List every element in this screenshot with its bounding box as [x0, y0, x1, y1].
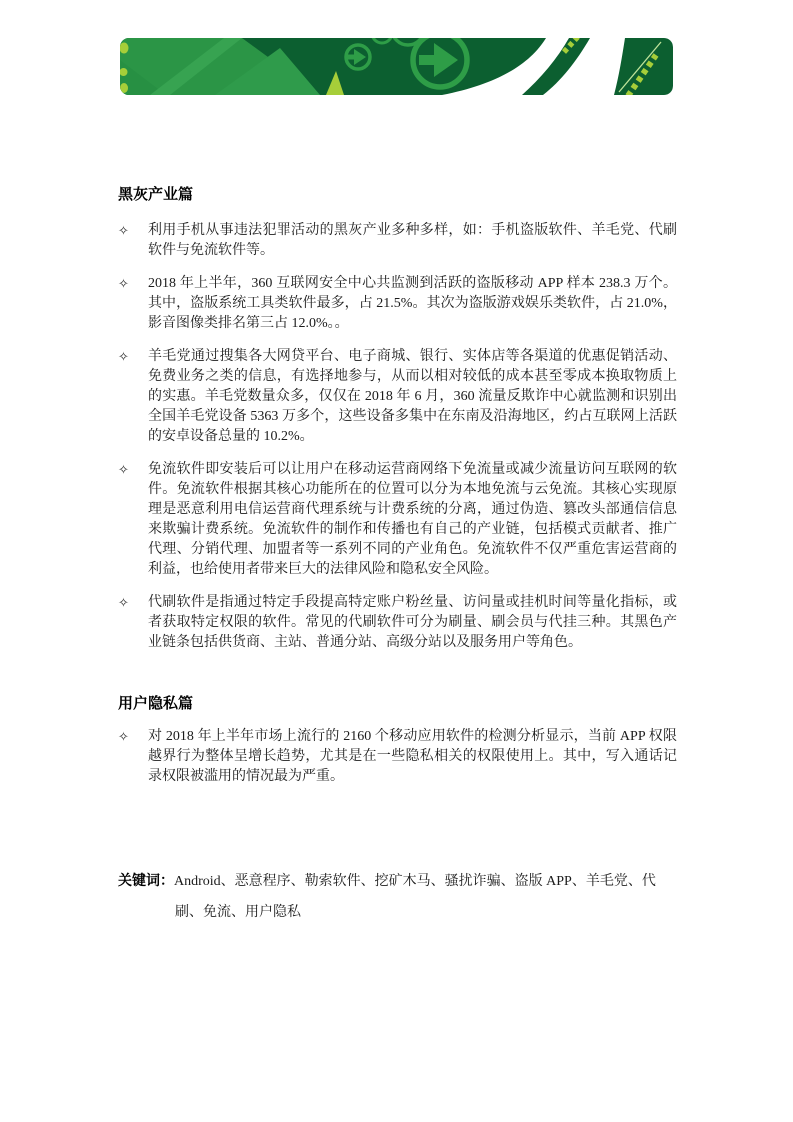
bullet-text: 免流软件即安装后可以让用户在移动运营商网络下免流量或减少流量访问互联网的软件。免…: [148, 460, 677, 580]
list-item: ✧ 羊毛党通过搜集各大网贷平台、电子商城、银行、实体店等各渠道的优惠促销活动、免…: [118, 347, 677, 447]
diamond-bullet-icon: ✧: [118, 221, 148, 261]
section-heading: 用户隐私篇: [118, 695, 677, 712]
keywords-label: 关键词：: [118, 872, 174, 888]
bullet-list: ✧ 对 2018 年上半年市场上流行的 2160 个移动应用软件的检测分析显示，…: [118, 727, 677, 787]
header-banner-graphic: [120, 38, 673, 95]
list-item: ✧ 利用手机从事违法犯罪活动的黑灰产业多种多样，如：手机盗版软件、羊毛党、代刷软…: [118, 221, 677, 261]
bullet-text: 利用手机从事违法犯罪活动的黑灰产业多种多样，如：手机盗版软件、羊毛党、代刷软件与…: [148, 221, 677, 261]
keywords-text: Android、恶意程序、勒索软件、挖矿木马、骚扰诈骗、盗版 APP、羊毛党、代…: [174, 874, 656, 920]
list-item: ✧ 代刷软件是指通过特定手段提高特定账户粉丝量、访问量或挂机时间等量化指标，或者…: [118, 593, 677, 653]
bullet-text: 2018 年上半年，360 互联网安全中心共监测到活跃的盗版移动 APP 样本 …: [148, 274, 677, 334]
bullet-text: 对 2018 年上半年市场上流行的 2160 个移动应用软件的检测分析显示，当前…: [148, 727, 677, 787]
list-item: ✧ 免流软件即安装后可以让用户在移动运营商网络下免流量或减少流量访问互联网的软件…: [118, 460, 677, 580]
diamond-bullet-icon: ✧: [118, 727, 148, 787]
diamond-bullet-icon: ✧: [118, 347, 148, 447]
keywords-line: 关键词：Android、恶意程序、勒索软件、挖矿木马、骚扰诈骗、盗版 APP、羊…: [118, 865, 677, 928]
bullet-text: 代刷软件是指通过特定手段提高特定账户粉丝量、访问量或挂机时间等量化指标，或者获取…: [148, 593, 677, 653]
list-item: ✧ 对 2018 年上半年市场上流行的 2160 个移动应用软件的检测分析显示，…: [118, 727, 677, 787]
bullet-text: 羊毛党通过搜集各大网贷平台、电子商城、银行、实体店等各渠道的优惠促销活动、免费业…: [148, 347, 677, 447]
diamond-bullet-icon: ✧: [118, 593, 148, 653]
document-page: 黑灰产业篇 ✧ 利用手机从事违法犯罪活动的黑灰产业多种多样，如：手机盗版软件、羊…: [0, 0, 793, 1122]
diamond-bullet-icon: ✧: [118, 274, 148, 334]
section-black-gray-industry: 黑灰产业篇 ✧ 利用手机从事违法犯罪活动的黑灰产业多种多样，如：手机盗版软件、羊…: [118, 186, 677, 653]
diamond-bullet-icon: ✧: [118, 460, 148, 580]
bullet-list: ✧ 利用手机从事违法犯罪活动的黑灰产业多种多样，如：手机盗版软件、羊毛党、代刷软…: [118, 221, 677, 653]
list-item: ✧ 2018 年上半年，360 互联网安全中心共监测到活跃的盗版移动 APP 样…: [118, 274, 677, 334]
document-content: 黑灰产业篇 ✧ 利用手机从事违法犯罪活动的黑灰产业多种多样，如：手机盗版软件、羊…: [118, 186, 677, 942]
section-user-privacy: 用户隐私篇 ✧ 对 2018 年上半年市场上流行的 2160 个移动应用软件的检…: [118, 695, 677, 787]
section-heading: 黑灰产业篇: [118, 186, 677, 203]
